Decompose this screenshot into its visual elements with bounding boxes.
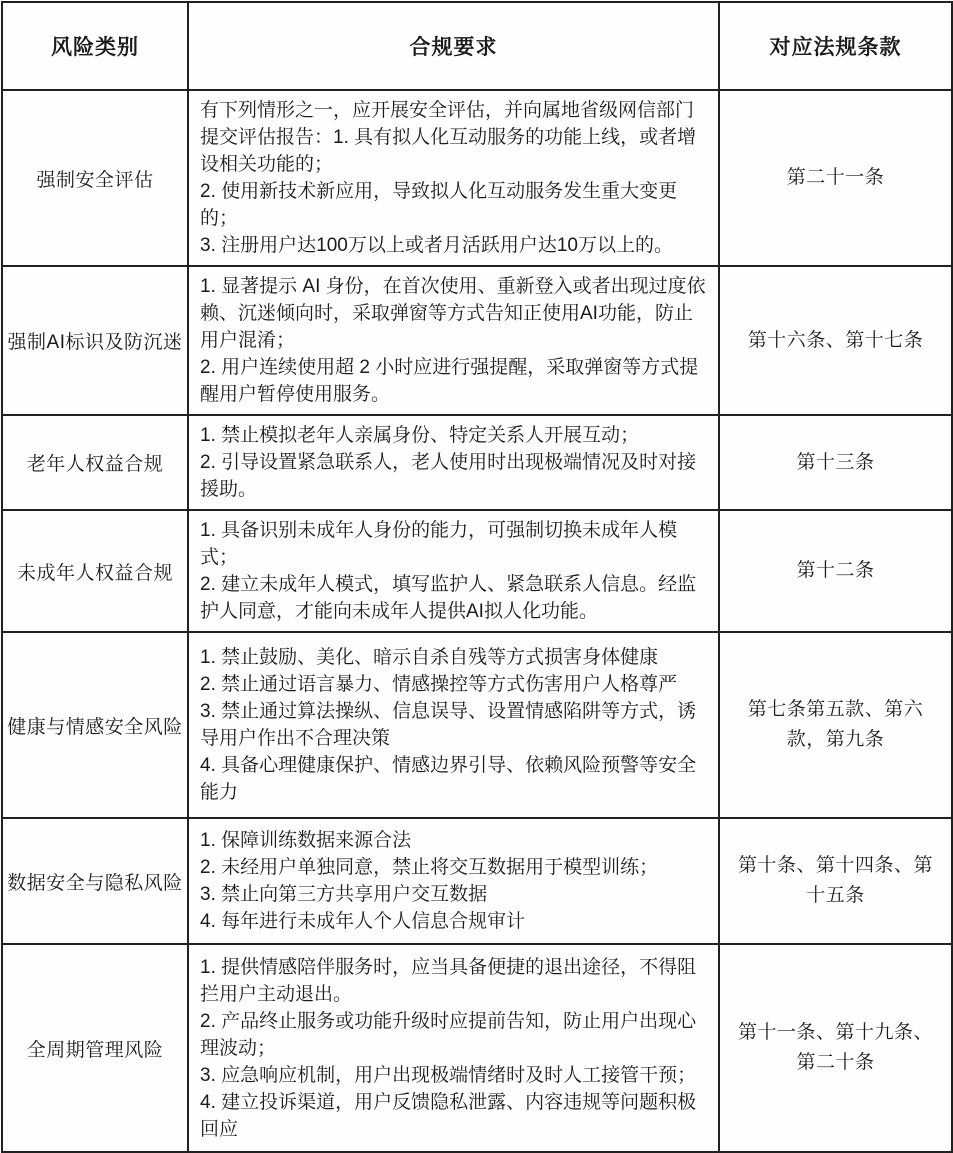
risk-category-cell: 强制安全评估	[2, 90, 188, 266]
requirement-line: 1. 提供情感陪伴服务时，应当具备便捷的退出途径，不得阻拦用户主动退出。	[200, 954, 710, 1008]
requirement-line: 4. 每年进行未成年人个人信息合规审计	[200, 908, 710, 935]
articles-cell: 第七条第五款、第六款，第九条	[719, 632, 952, 818]
requirement-line: 3. 注册用户达100万以上或者月活跃用户达10万以上的。	[200, 232, 710, 259]
table-row: 老年人权益合规 1. 禁止模拟老年人亲属身份、特定关系人开展互动；2. 引导设置…	[2, 415, 952, 510]
requirement-line: 2. 使用新技术新应用，导致拟人化互动服务发生重大变更的；	[200, 178, 710, 232]
requirement-line: 1. 保障训练数据来源合法	[200, 827, 710, 854]
risk-category-cell: 未成年人权益合规	[2, 510, 188, 632]
requirement-line: 有下列情形之一，应开展安全评估，并向属地省级网信部门提交评估报告：1. 具有拟人…	[200, 97, 710, 178]
articles-cell: 第十条、第十四条、第十五条	[719, 818, 952, 944]
articles-cell: 第二十一条	[719, 90, 952, 266]
requirement-line: 1. 禁止模拟老年人亲属身份、特定关系人开展互动；	[200, 422, 710, 449]
requirement-line: 1. 具备识别未成年人身份的能力，可强制切换未成年人模式；	[200, 517, 710, 571]
requirement-line: 4. 具备心理健康保护、情感边界引导、依赖风险预警等安全能力	[200, 752, 710, 806]
risk-category-cell: 全周期管理风险	[2, 944, 188, 1152]
compliance-table: 风险类别 合规要求 对应法规条款 强制安全评估 有下列情形之一，应开展安全评估，…	[1, 1, 953, 1153]
risk-category-cell: 健康与情感安全风险	[2, 632, 188, 818]
table-row: 未成年人权益合规 1. 具备识别未成年人身份的能力，可强制切换未成年人模式；2.…	[2, 510, 952, 632]
risk-category-cell: 老年人权益合规	[2, 415, 188, 510]
requirement-line: 2. 产品终止服务或功能升级时应提前告知，防止用户出现心理波动；	[200, 1008, 710, 1062]
table-row: 数据安全与隐私风险 1. 保障训练数据来源合法2. 未经用户单独同意，禁止将交互…	[2, 818, 952, 944]
header-regulation-articles: 对应法规条款	[719, 2, 952, 90]
header-risk-category: 风险类别	[2, 2, 188, 90]
articles-cell: 第十六条、第十七条	[719, 266, 952, 415]
requirements-cell: 1. 显著提示 AI 身份，在首次使用、重新登入或者出现过度依赖、沉迷倾向时，采…	[188, 266, 719, 415]
articles-cell: 第十二条	[719, 510, 952, 632]
requirement-line: 1. 显著提示 AI 身份，在首次使用、重新登入或者出现过度依赖、沉迷倾向时，采…	[200, 273, 710, 354]
requirement-line: 2. 禁止通过语言暴力、情感操控等方式伤害用户人格尊严	[200, 671, 710, 698]
header-row: 风险类别 合规要求 对应法规条款	[2, 2, 952, 90]
requirement-line: 1. 禁止鼓励、美化、暗示自杀自残等方式损害身体健康	[200, 644, 710, 671]
risk-category-cell: 数据安全与隐私风险	[2, 818, 188, 944]
header-compliance-requirements: 合规要求	[188, 2, 719, 90]
requirement-line: 3. 应急响应机制，用户出现极端情绪时及时人工接管干预；	[200, 1062, 710, 1089]
requirement-line: 3. 禁止通过算法操纵、信息误导、设置情感陷阱等方式，诱导用户作出不合理决策	[200, 698, 710, 752]
table-row: 强制AI标识及防沉迷 1. 显著提示 AI 身份，在首次使用、重新登入或者出现过…	[2, 266, 952, 415]
table-row: 健康与情感安全风险 1. 禁止鼓励、美化、暗示自杀自残等方式损害身体健康2. 禁…	[2, 632, 952, 818]
requirements-cell: 1. 提供情感陪伴服务时，应当具备便捷的退出途径，不得阻拦用户主动退出。2. 产…	[188, 944, 719, 1152]
requirements-cell: 1. 具备识别未成年人身份的能力，可强制切换未成年人模式；2. 建立未成年人模式…	[188, 510, 719, 632]
articles-cell: 第十三条	[719, 415, 952, 510]
table-row: 全周期管理风险 1. 提供情感陪伴服务时，应当具备便捷的退出途径，不得阻拦用户主…	[2, 944, 952, 1152]
articles-cell: 第十一条、第十九条、第二十条	[719, 944, 952, 1152]
requirements-cell: 1. 禁止鼓励、美化、暗示自杀自残等方式损害身体健康2. 禁止通过语言暴力、情感…	[188, 632, 719, 818]
requirements-cell: 1. 保障训练数据来源合法2. 未经用户单独同意，禁止将交互数据用于模型训练；3…	[188, 818, 719, 944]
requirement-line: 2. 引导设置紧急联系人，老人使用时出现极端情况及时对接援助。	[200, 449, 710, 503]
compliance-table-wrapper: 风险类别 合规要求 对应法规条款 强制安全评估 有下列情形之一，应开展安全评估，…	[0, 0, 953, 1122]
requirements-cell: 1. 禁止模拟老年人亲属身份、特定关系人开展互动；2. 引导设置紧急联系人，老人…	[188, 415, 719, 510]
table-row: 强制安全评估 有下列情形之一，应开展安全评估，并向属地省级网信部门提交评估报告：…	[2, 90, 952, 266]
risk-category-cell: 强制AI标识及防沉迷	[2, 266, 188, 415]
requirements-cell: 有下列情形之一，应开展安全评估，并向属地省级网信部门提交评估报告：1. 具有拟人…	[188, 90, 719, 266]
requirement-line: 3. 禁止向第三方共享用户交互数据	[200, 881, 710, 908]
requirement-line: 4. 建立投诉渠道，用户反馈隐私泄露、内容违规等问题积极回应	[200, 1089, 710, 1143]
requirement-line: 2. 未经用户单独同意，禁止将交互数据用于模型训练；	[200, 854, 710, 881]
requirement-line: 2. 用户连续使用超 2 小时应进行强提醒，采取弹窗等方式提醒用户暂停使用服务。	[200, 354, 710, 408]
requirement-line: 2. 建立未成年人模式，填写监护人、紧急联系人信息。经监护人同意，才能向未成年人…	[200, 571, 710, 625]
